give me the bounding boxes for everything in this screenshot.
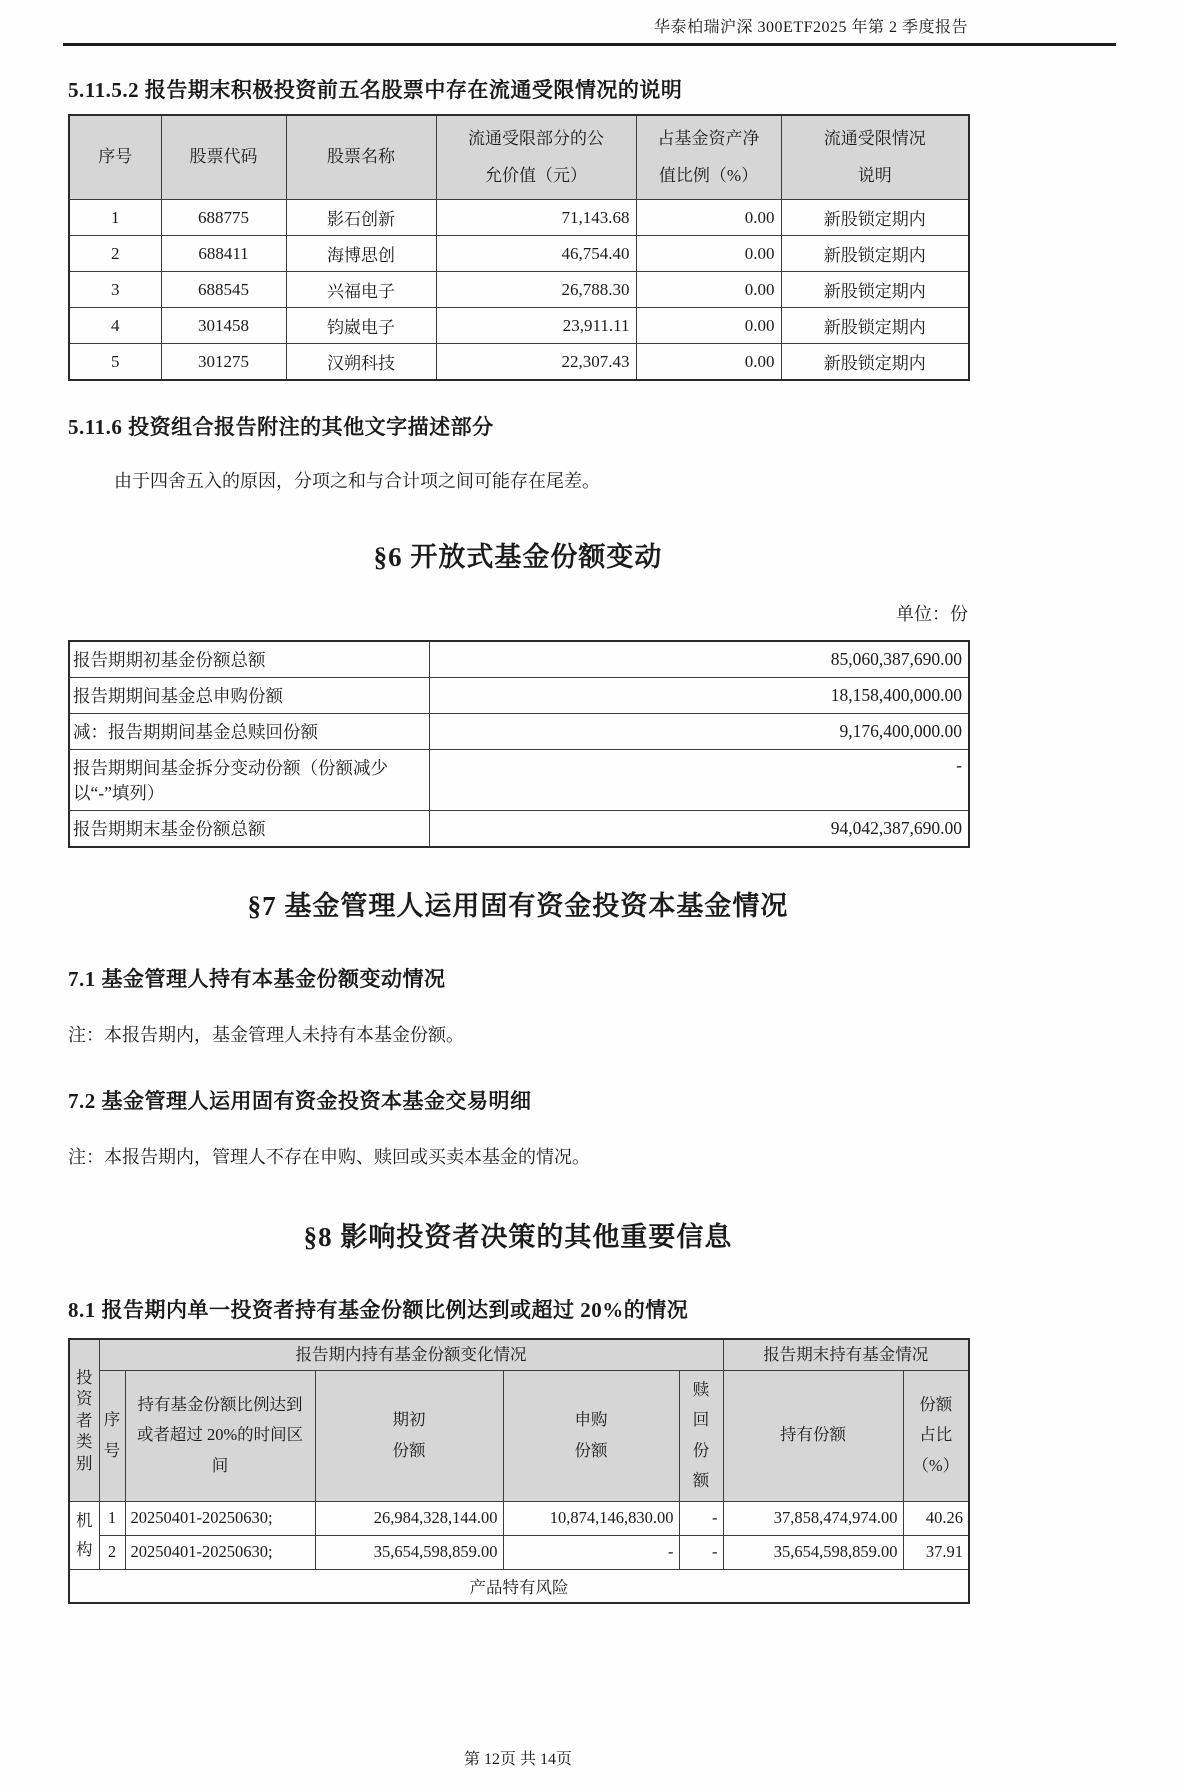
col-nav-ratio: 占基金资产净 值比例（%） xyxy=(636,115,781,200)
table-row: 1 688775 影石创新 71,143.68 0.00 新股锁定期内 xyxy=(69,200,969,236)
heading-7-1: 7.1 基金管理人持有本基金份额变动情况 xyxy=(68,963,968,993)
col-fair-value: 流通受限部分的公 允价值（元） xyxy=(436,115,636,200)
unit-note: 单位：份 xyxy=(68,600,968,626)
major-investor-table: 投 资 者 类 别 报告期内持有基金份额变化情况 报告期末持有基金情况 序 号 … xyxy=(68,1338,970,1604)
share-row-value: 94,042,387,690.00 xyxy=(429,811,969,848)
cell-redeem: - xyxy=(679,1535,723,1569)
cell-code: 688545 xyxy=(161,272,286,308)
cell-hold: 37,858,474,974.00 xyxy=(723,1501,903,1535)
cell-value: 46,754.40 xyxy=(436,236,636,272)
note-7-1: 注：本报告期内，基金管理人未持有本基金份额。 xyxy=(68,1021,968,1047)
cell-code: 688775 xyxy=(161,200,286,236)
section-6-title: §6 开放式基金份额变动 xyxy=(68,535,968,574)
cell-name: 钧崴电子 xyxy=(286,308,436,344)
cell-ratio: 0.00 xyxy=(636,200,781,236)
cell-seq: 3 xyxy=(69,272,161,308)
cell-note: 新股锁定期内 xyxy=(781,200,969,236)
share-row-label: 报告期期间基金总申购份额 xyxy=(69,678,429,714)
cell-seq: 1 xyxy=(99,1501,125,1535)
cell-seq: 5 xyxy=(69,344,161,381)
section-8-title: §8 影响投资者决策的其他重要信息 xyxy=(68,1215,968,1254)
cell-purchase: 10,874,146,830.00 xyxy=(503,1501,679,1535)
table-row: 2 688411 海博思创 46,754.40 0.00 新股锁定期内 xyxy=(69,236,969,272)
share-row-value: - xyxy=(429,750,969,811)
col-begin-shares: 期初 份额 xyxy=(315,1370,503,1501)
col-redeem-shares: 赎 回 份 额 xyxy=(679,1370,723,1501)
table-row: 报告期期间基金总申购份额 18,158,400,000.00 xyxy=(69,678,969,714)
report-page: 华泰柏瑞沪深 300ETF2025 年第 2 季度报告 5.11.5.2 报告期… xyxy=(0,0,1179,1791)
heading-7-2: 7.2 基金管理人运用固有资金投资本基金交易明细 xyxy=(68,1085,968,1115)
cell-interval: 20250401-20250630; xyxy=(125,1535,315,1569)
table-row: 减：报告期期间基金总赎回份额 9,176,400,000.00 xyxy=(69,714,969,750)
heading-5-11-6: 5.11.6 投资组合报告附注的其他文字描述部分 xyxy=(68,411,968,441)
table-row: 产品特有风险 xyxy=(69,1569,969,1603)
cell-purchase: - xyxy=(503,1535,679,1569)
cell-name: 兴福电子 xyxy=(286,272,436,308)
group-end-header: 报告期末持有基金情况 xyxy=(723,1339,969,1370)
restricted-stocks-table: 序号 股票代码 股票名称 流通受限部分的公 允价值（元） 占基金资产净 值比例（… xyxy=(68,114,970,381)
note-7-2: 注：本报告期内，管理人不存在申购、赎回或买卖本基金的情况。 xyxy=(68,1143,968,1169)
cell-ratio: 0.00 xyxy=(636,272,781,308)
fund-share-change-table: 报告期期初基金份额总额 85,060,387,690.00 报告期期间基金总申购… xyxy=(68,640,970,848)
table-row: 报告期期末基金份额总额 94,042,387,690.00 xyxy=(69,811,969,848)
col-purchase-shares: 申购 份额 xyxy=(503,1370,679,1501)
col-stock-name: 股票名称 xyxy=(286,115,436,200)
table-row: 3 688545 兴福电子 26,788.30 0.00 新股锁定期内 xyxy=(69,272,969,308)
cell-note: 新股锁定期内 xyxy=(781,272,969,308)
col-stock-code: 股票代码 xyxy=(161,115,286,200)
table-row: 报告期期初基金份额总额 85,060,387,690.00 xyxy=(69,641,969,678)
cell-ratio: 0.00 xyxy=(636,308,781,344)
col-investor-type: 投 资 者 类 别 xyxy=(69,1339,99,1501)
group-header-row: 投 资 者 类 别 报告期内持有基金份额变化情况 报告期末持有基金情况 xyxy=(69,1339,969,1370)
cell-code: 301275 xyxy=(161,344,286,381)
cell-note: 新股锁定期内 xyxy=(781,344,969,381)
share-row-value: 18,158,400,000.00 xyxy=(429,678,969,714)
cell-note: 新股锁定期内 xyxy=(781,308,969,344)
col-restriction-note: 流通受限情况 说明 xyxy=(781,115,969,200)
cell-value: 71,143.68 xyxy=(436,200,636,236)
cell-interval: 20250401-20250630; xyxy=(125,1501,315,1535)
cell-redeem: - xyxy=(679,1501,723,1535)
cell-value: 26,788.30 xyxy=(436,272,636,308)
heading-8-1: 8.1 报告期内单一投资者持有基金份额比例达到或超过 20%的情况 xyxy=(68,1294,968,1324)
cell-name: 汉朔科技 xyxy=(286,344,436,381)
cell-seq: 2 xyxy=(99,1535,125,1569)
cell-seq: 1 xyxy=(69,200,161,236)
cell-seq: 2 xyxy=(69,236,161,272)
col-share-ratio: 份额 占比 （%） xyxy=(903,1370,969,1501)
col-seq: 序号 xyxy=(69,115,161,200)
table-row: 机 构 1 20250401-20250630; 26,984,328,144.… xyxy=(69,1501,969,1535)
table-row: 4 301458 钧崴电子 23,911.11 0.00 新股锁定期内 xyxy=(69,308,969,344)
product-risk-row: 产品特有风险 xyxy=(69,1569,969,1603)
col-seq: 序 号 xyxy=(99,1370,125,1501)
col-interval: 持有基金份额比例达到或者超过 20%的时间区间 xyxy=(125,1370,315,1501)
cell-value: 22,307.43 xyxy=(436,344,636,381)
section-7-title: §7 基金管理人运用固有资金投资本基金情况 xyxy=(68,884,968,923)
header-rule xyxy=(63,43,1116,46)
share-row-label: 报告期期初基金份额总额 xyxy=(69,641,429,678)
cell-value: 23,911.11 xyxy=(436,308,636,344)
cell-begin: 35,654,598,859.00 xyxy=(315,1535,503,1569)
table-header-row: 序号 股票代码 股票名称 流通受限部分的公 允价值（元） 占基金资产净 值比例（… xyxy=(69,115,969,200)
cell-code: 688411 xyxy=(161,236,286,272)
column-header-row: 序 号 持有基金份额比例达到或者超过 20%的时间区间 期初 份额 申购 份额 … xyxy=(69,1370,969,1501)
cell-seq: 4 xyxy=(69,308,161,344)
cell-name: 海博思创 xyxy=(286,236,436,272)
cell-name: 影石创新 xyxy=(286,200,436,236)
table-row: 2 20250401-20250630; 35,654,598,859.00 -… xyxy=(69,1535,969,1569)
group-change-header: 报告期内持有基金份额变化情况 xyxy=(99,1339,723,1370)
page-number: 第 12页 共 14页 xyxy=(68,1746,968,1769)
doc-title: 华泰柏瑞沪深 300ETF2025 年第 2 季度报告 xyxy=(68,14,968,37)
cell-ratio: 0.00 xyxy=(636,236,781,272)
cell-note: 新股锁定期内 xyxy=(781,236,969,272)
share-row-value: 9,176,400,000.00 xyxy=(429,714,969,750)
cell-code: 301458 xyxy=(161,308,286,344)
share-row-value: 85,060,387,690.00 xyxy=(429,641,969,678)
cell-ratio: 0.00 xyxy=(636,344,781,381)
share-row-label: 减：报告期期间基金总赎回份额 xyxy=(69,714,429,750)
cell-ratio: 37.91 xyxy=(903,1535,969,1569)
table-row: 报告期期间基金拆分变动份额（份额减少以“-”填列） - xyxy=(69,750,969,811)
cell-ratio: 40.26 xyxy=(903,1501,969,1535)
table-row: 5 301275 汉朔科技 22,307.43 0.00 新股锁定期内 xyxy=(69,344,969,381)
cell-hold: 35,654,598,859.00 xyxy=(723,1535,903,1569)
cell-begin: 26,984,328,144.00 xyxy=(315,1501,503,1535)
share-row-label: 报告期期间基金拆分变动份额（份额减少以“-”填列） xyxy=(69,750,429,811)
cell-investor-type: 机 构 xyxy=(69,1501,99,1569)
heading-5-11-5-2: 5.11.5.2 报告期末积极投资前五名股票中存在流通受限情况的说明 xyxy=(68,74,968,104)
col-held-shares: 持有份额 xyxy=(723,1370,903,1501)
rounding-note: 由于四舍五入的原因，分项之和与合计项之间可能存在尾差。 xyxy=(68,467,968,493)
share-row-label: 报告期期末基金份额总额 xyxy=(69,811,429,848)
